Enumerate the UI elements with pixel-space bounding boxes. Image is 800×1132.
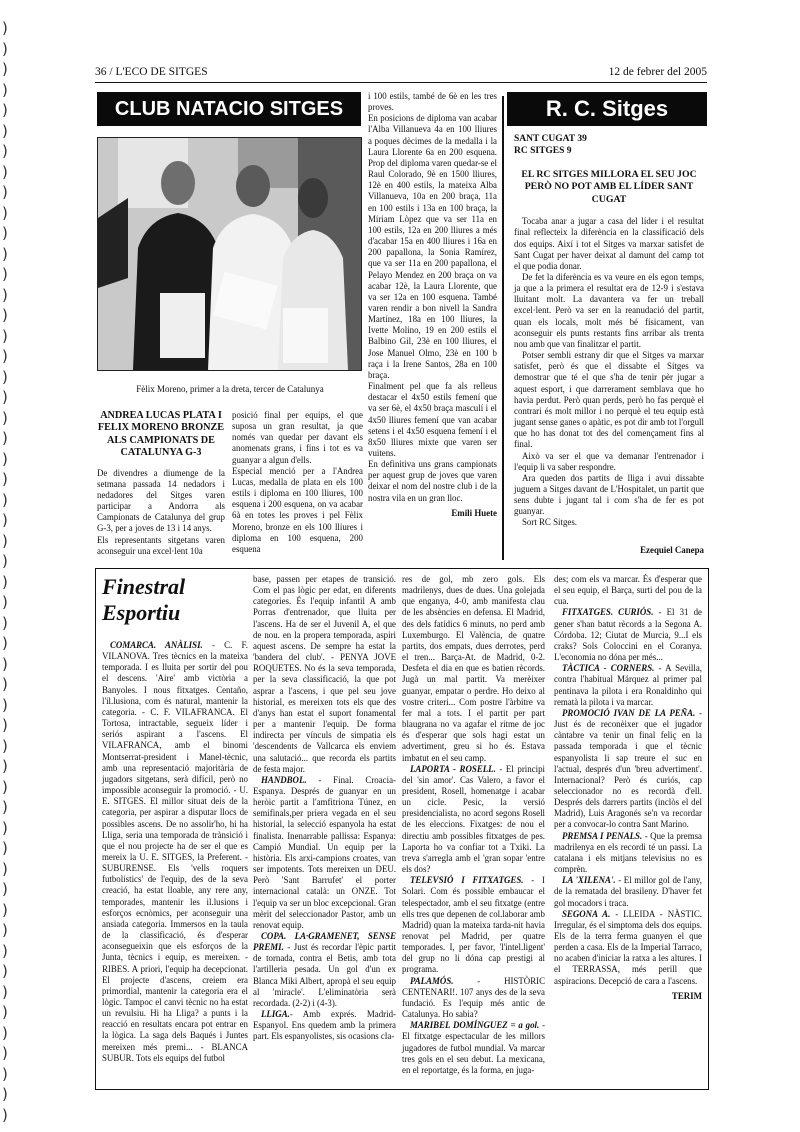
swimmers-photo (97, 137, 362, 371)
binding-ring-icon: ) (2, 121, 16, 142)
paragraph: Finalment pel que fa als relleus destaca… (368, 381, 497, 459)
binding-ring-icon: ) (2, 777, 16, 798)
column-divider (502, 96, 504, 560)
photo-three-swimmers-icon (98, 138, 361, 370)
rugby-author: Ezequiel Canepa (514, 545, 704, 555)
finestral-item: LAPORTA - ROSELL. - El principi del 'sin… (402, 764, 545, 876)
binding-ring-icon: ) (2, 387, 16, 408)
binding-ring-icon: ) (2, 469, 16, 490)
finestral-title: Finestral Esportiu (102, 574, 248, 626)
finestral-item: TÀCTICA - CORNERS. - A Sevilla, contra l… (554, 663, 702, 708)
binding-ring-icon: ) (2, 900, 16, 921)
swimming-col-1: ANDREA LUCAS PLATA I FELIX MORENO BRONZE… (97, 410, 225, 557)
binding-ring-icon: ) (2, 408, 16, 429)
swimming-col-2: posició final per equips, el que suposa … (232, 410, 363, 555)
binding-ring-icon: ) (2, 305, 16, 326)
binding-ring-icon: ) (2, 859, 16, 880)
binding-ring-icon: ) (2, 1043, 16, 1064)
paragraph: Ara queden dos partits de lliga i avui d… (514, 473, 704, 518)
binding-ring-icon: ) (2, 510, 16, 531)
binding-ring-icon: ) (2, 982, 16, 1003)
binding-ring-icon: ) (2, 633, 16, 654)
finestral-item: des; com els va marcar. És d'esperar que… (554, 574, 702, 607)
binding-ring-icon: ) (2, 100, 16, 121)
finestral-item: COMARCA. ANÀLISI. - C. F. VILANOVA. Tres… (102, 640, 248, 1064)
paragraph: posició final per equips, el que suposa … (232, 410, 363, 466)
binding-ring-icon: ) (2, 285, 16, 306)
finestral-col-1: Finestral Esportiu COMARCA. ANÀLISI. - C… (102, 574, 248, 1064)
score-line: SANT CUGAT 39 (514, 134, 704, 146)
page-date: 12 de febrer del 2005 (609, 66, 707, 78)
rugby-banner-title: R. C. Sitges (546, 96, 668, 121)
paragraph: Això va ser el que va demanar l'entrenad… (514, 451, 704, 473)
paragraph: Especial menció per a l'Andrea Lucas, me… (232, 466, 363, 555)
binding-ring-icon: ) (2, 244, 16, 265)
binding-ring-icon: ) (2, 1084, 16, 1105)
paragraph: i 100 estils, també de 6è en les tres pr… (368, 91, 497, 113)
finestral-item: PREMSA I PENALS. - Que la premsa madrile… (554, 831, 702, 876)
binding-ring-icon: ) (2, 920, 16, 941)
finestral-item: base, passen per etapes de transició. Co… (253, 574, 396, 775)
paragraph: Sort RC Sitges. (514, 517, 704, 528)
binding-ring-icon: ) (2, 1002, 16, 1023)
binding-ring-icon: ) (2, 736, 16, 757)
binding-ring-icon: ) (2, 428, 16, 449)
finestral-item: LLIGA.- Amb exprés. Madrid-Espanyol. Ens… (253, 1009, 396, 1042)
swimming-col-3: i 100 estils, també de 6è en les tres pr… (368, 91, 497, 518)
finestral-item: HANDBOL. - Final. Croacia-Espanya. Despr… (253, 775, 396, 931)
binding-ring-icon: ) (2, 141, 16, 162)
paragraph: Els representants sitgetans varen aconse… (97, 535, 225, 557)
finestral-col-2: base, passen per etapes de transició. Co… (253, 574, 396, 1043)
binding-ring-icon: ) (2, 531, 16, 552)
binding-ring-icon: ) (2, 941, 16, 962)
photo-caption: Fèlix Moreno, primer a la dreta, tercer … (95, 384, 365, 394)
finestral-item: TELEVSIÓ I FITXATGES. - I Solari. Com és… (402, 875, 545, 975)
binding-ring-icon: ) (2, 572, 16, 593)
binding-ring-icon: ) (2, 264, 16, 285)
finestral-item: COPA. LA·GRAMENET, SENSE PREMI. - Just é… (253, 931, 396, 1009)
rugby-article: SANT CUGAT 39 RC SITGES 9 EL RC SITGES M… (514, 134, 704, 555)
binding-ring-icon: ) (2, 59, 16, 80)
finestral-item: res de gol, mb zero gols. Els madrilenys… (402, 574, 545, 764)
finestral-item: PALAMÓS. - HISTÒRIC CENTENARI!. 107 anys… (402, 976, 545, 1021)
binding-ring-icon: ) (2, 326, 16, 347)
binding-ring-icon: ) (2, 182, 16, 203)
paragraph: Tocaba anar a jugar a casa del líder i e… (514, 216, 704, 272)
binding-ring-icon: ) (2, 613, 16, 634)
swimming-banner-title: CLUB NATACIO SITGES (115, 98, 343, 120)
binding-ring-icon: ) (2, 223, 16, 244)
binding-ring-icon: ) (2, 80, 16, 101)
rugby-headline: EL RC SITGES MILLORA EL SEU JOC PERÒ NO … (520, 169, 698, 206)
finestral-item: MARIBEL DOMÍNGUEZ = a gol. - El fitxatge… (402, 1020, 545, 1076)
swimming-author: Emili Huete (368, 508, 497, 518)
swimming-headline: ANDREA LUCAS PLATA I FELIX MORENO BRONZE… (97, 410, 225, 460)
binding-ring-icon: ) (2, 346, 16, 367)
page-number-and-paper: 36 / L'ECO DE SITGES (95, 66, 208, 78)
finestral-col-4: des; com els va marcar. És d'esperar que… (554, 574, 702, 1001)
binding-ring-icon: ) (2, 592, 16, 613)
finestral-item: SEGONA A. - LLEIDA - NÀSTIC. Irregular, … (554, 909, 702, 987)
binding-ring-icon: ) (2, 715, 16, 736)
finestral-item: PROMOCIÓ IVAN DE LA PEÑA. - Just és de r… (554, 708, 702, 831)
page-header: 36 / L'ECO DE SITGES 12 de febrer del 20… (95, 66, 707, 83)
rugby-banner: R. C. Sitges (507, 92, 707, 126)
binding-ring-icon: ) (2, 39, 16, 60)
finestral-item: FITXATGES. CURIÓS. - El 31 de gener s'ha… (554, 607, 702, 663)
finestral-author: TERIM (554, 991, 702, 1001)
paragraph: En definitiva uns grans campionats per a… (368, 459, 497, 504)
paragraph: En posicions de diploma van acabar l'Alb… (368, 113, 497, 381)
binding-ring-icon: ) (2, 551, 16, 572)
binding-ring-icon: ) (2, 674, 16, 695)
binding-ring-icon: ) (2, 490, 16, 511)
paragraph: De divendres a diumenge de la setmana pa… (97, 468, 225, 535)
binding-ring-icon: ) (2, 18, 16, 39)
binding-ring-icon: ) (2, 654, 16, 675)
binding-ring-icon: ) (2, 1023, 16, 1044)
binding-ring-icon: ) (2, 1064, 16, 1085)
binding-rings: ))))))))))))))))))))))))))))))))))))))))… (2, 18, 16, 1125)
binding-ring-icon: ) (2, 756, 16, 777)
binding-ring-icon: ) (2, 203, 16, 224)
binding-ring-icon: ) (2, 818, 16, 839)
binding-ring-icon: ) (2, 367, 16, 388)
finestral-item: LA 'XILENA'. - El millor gol de l'any, d… (554, 875, 702, 908)
binding-ring-icon: ) (2, 162, 16, 183)
binding-ring-icon: ) (2, 797, 16, 818)
swimming-banner: CLUB NATACIO SITGES (97, 92, 361, 126)
finestral-col-3: res de gol, mb zero gols. Els madrilenys… (402, 574, 545, 1076)
binding-ring-icon: ) (2, 695, 16, 716)
paragraph: Potser sembli estrany dir que el Sitges … (514, 350, 704, 450)
score-line: RC SITGES 9 (514, 146, 704, 158)
binding-ring-icon: ) (2, 449, 16, 470)
binding-ring-icon: ) (2, 961, 16, 982)
binding-ring-icon: ) (2, 1105, 16, 1126)
binding-ring-icon: ) (2, 838, 16, 859)
paragraph: De fet la diferència es va veure en els … (514, 272, 704, 350)
binding-ring-icon: ) (2, 879, 16, 900)
